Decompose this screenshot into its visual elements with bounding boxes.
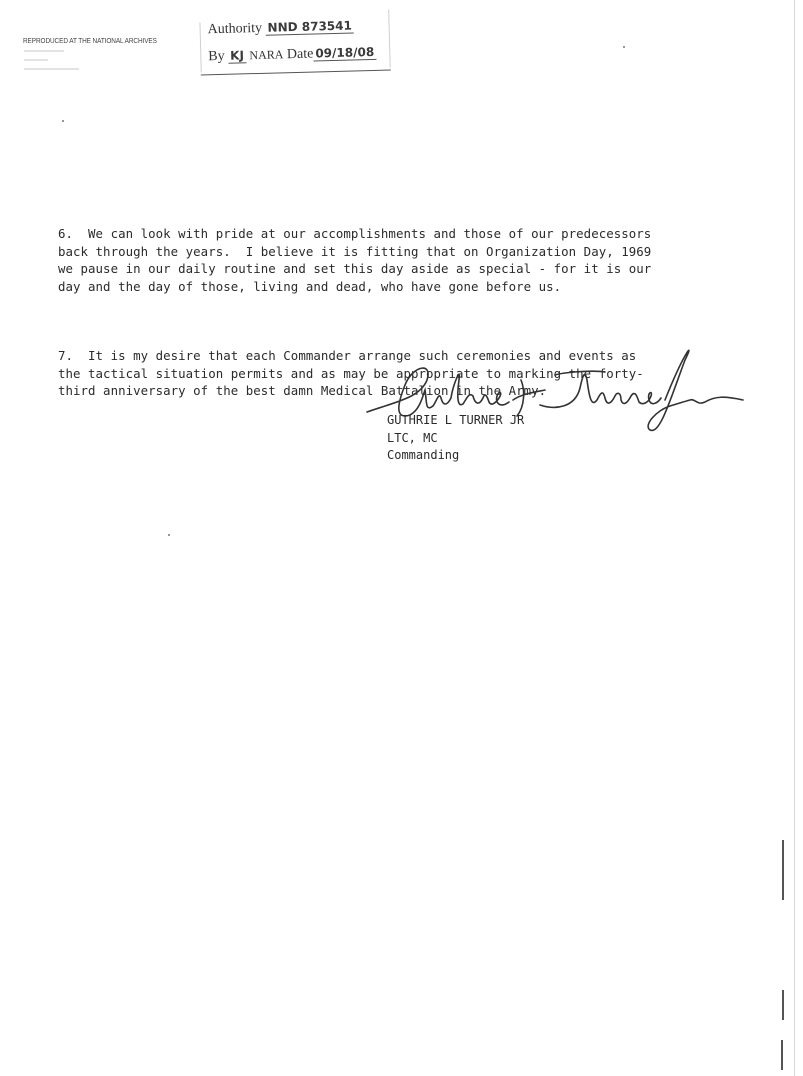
declassification-stamp: Authority NND 873541 By KJ NARA Date09/1… <box>199 10 391 76</box>
authority-row: Authority NND 873541 <box>207 18 354 38</box>
signer-rank: LTC, MC <box>387 430 524 448</box>
date-value: 09/18/08 <box>313 45 376 62</box>
nara-label: NARA <box>249 47 283 62</box>
page-edge <box>794 0 795 1076</box>
speck <box>62 120 64 122</box>
signature-block: GUTHRIE L TURNER JRLTC, MCCommanding <box>387 412 524 465</box>
speck <box>623 46 625 48</box>
authority-value: NND 873541 <box>265 18 354 35</box>
edge-mark <box>781 1040 783 1070</box>
by-value: KJ <box>228 48 246 63</box>
archives-label: REPRODUCED AT THE NATIONAL ARCHIVES <box>23 38 157 45</box>
edge-mark <box>782 990 784 1020</box>
signer-title: Commanding <box>387 447 524 465</box>
authority-label: Authority <box>207 21 262 37</box>
by-label: By <box>208 49 225 64</box>
signer-name: GUTHRIE L TURNER JR <box>387 412 524 430</box>
paragraph-6: 6. We can look with pride at our accompl… <box>58 225 718 295</box>
faint-marks <box>24 50 94 77</box>
date-row: By KJ NARA Date09/18/08 <box>208 45 376 65</box>
edge-mark <box>782 840 784 900</box>
date-label: Date <box>287 47 314 63</box>
speck <box>168 534 170 536</box>
